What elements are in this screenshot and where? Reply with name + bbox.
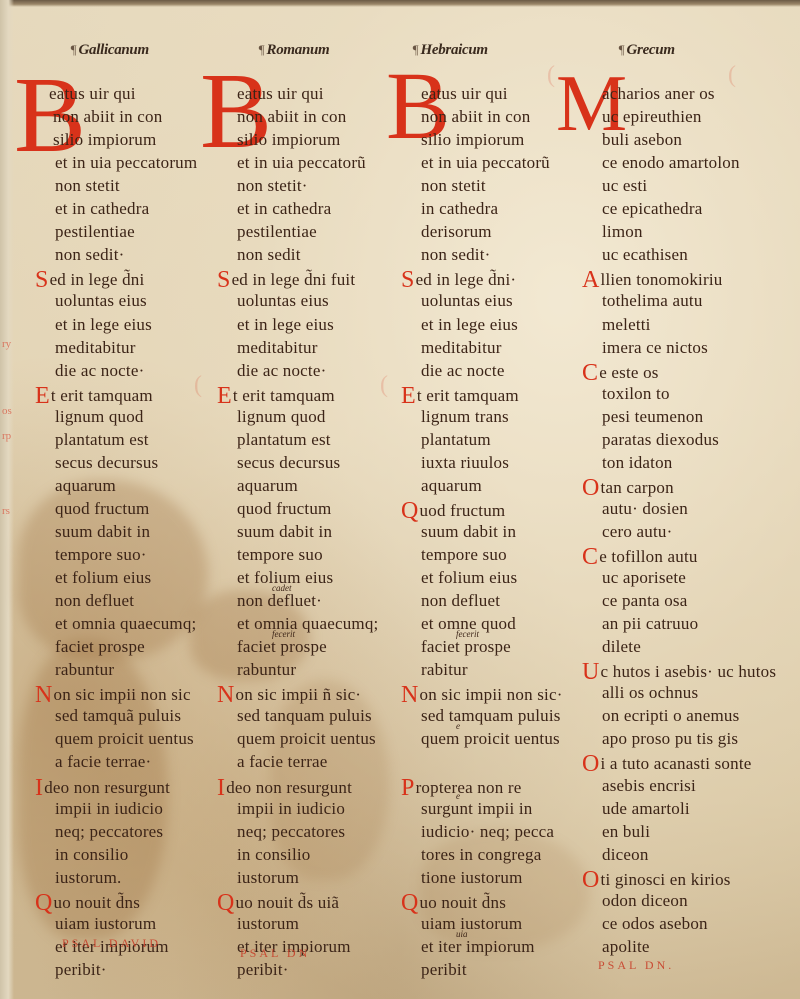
line-text: lignum quod xyxy=(55,407,144,426)
line-text: suum dabit in xyxy=(421,522,516,541)
text-line: a facie terrae· xyxy=(55,752,151,772)
bleed-through-initial: ( xyxy=(547,62,555,89)
line-text: uiam iustorum xyxy=(421,914,522,933)
line-text: non stetit· xyxy=(237,176,308,195)
text-line: quem proicit uentus xyxy=(421,729,560,749)
line-text: faciet prospe xyxy=(421,637,511,656)
line-text: et in lege eius xyxy=(55,315,152,334)
text-line: in consilio xyxy=(55,845,129,865)
text-line: et in cathedra xyxy=(237,199,331,219)
line-text: iustorum xyxy=(237,868,299,887)
text-line: imera ce nictos xyxy=(602,338,708,358)
line-text: pestilentiae xyxy=(237,222,317,241)
line-text: ton idaton xyxy=(602,453,672,472)
text-line: secus decursus xyxy=(55,453,158,473)
text-line: faciet prospe xyxy=(237,637,327,657)
line-text: suum dabit in xyxy=(237,522,332,541)
line-text: non defluet xyxy=(55,591,134,610)
line-text: secus decursus xyxy=(55,453,158,472)
text-line: apolite xyxy=(602,937,650,957)
line-text: pestilentiae xyxy=(55,222,135,241)
line-text: et in uia peccatorum xyxy=(55,153,197,172)
text-line: non defluet xyxy=(55,591,134,611)
text-line: uoluntas eius xyxy=(421,291,513,311)
line-text: on sic impii non sic· xyxy=(420,685,563,704)
line-text: tempore suo xyxy=(421,545,507,564)
line-text: pesi teumenon xyxy=(602,407,703,426)
line-text: et in lege eius xyxy=(237,315,334,334)
rubric-psalm-title: PSAL DN xyxy=(240,946,310,961)
line-text: uod fructum xyxy=(420,501,506,520)
text-line: silio impiorum xyxy=(53,130,156,150)
text-line: toxilon to xyxy=(602,384,670,404)
text-line: non sedit xyxy=(237,245,301,265)
rubricated-initial: C xyxy=(582,544,598,570)
text-line: silio impiorum xyxy=(237,130,340,150)
column-title: ¶Grecum xyxy=(618,42,675,59)
text-line: in cathedra xyxy=(421,199,498,219)
line-text: ude amartoli xyxy=(602,799,690,818)
line-text: on sic impii non sic xyxy=(54,685,191,704)
line-text: sed tamquã puluis xyxy=(55,706,181,725)
text-line: impii in iudicio xyxy=(55,799,163,819)
text-line: die ac nocte· xyxy=(237,361,326,381)
bleed-through-initial: ( xyxy=(194,372,202,399)
line-text: impii in iudicio xyxy=(55,799,163,818)
text-line: meditabitur xyxy=(55,338,136,358)
text-line: diceon xyxy=(602,845,649,865)
line-text: tothelima autu xyxy=(602,291,703,310)
line-text: et omnia quaecumq; xyxy=(237,614,378,633)
text-line: iuxta riuulos xyxy=(421,453,509,473)
line-text: et iter impiorum xyxy=(421,937,535,956)
line-text: iuxta riuulos xyxy=(421,453,509,472)
text-line: uoluntas eius xyxy=(55,291,147,311)
line-text: non defluet· xyxy=(237,591,322,610)
text-line: uc aporisete xyxy=(602,568,686,588)
line-text: apo proso pu tis gis xyxy=(602,729,738,748)
line-text: uo nouit d̃s uiã xyxy=(236,893,340,912)
line-text: meditabitur xyxy=(421,338,502,357)
text-line: faciet prospe xyxy=(421,637,511,657)
text-line: derisorum xyxy=(421,222,492,242)
text-line: peribit· xyxy=(237,960,289,980)
line-text: a facie terrae xyxy=(237,752,328,771)
text-line: et in uia peccatorũ xyxy=(421,153,550,173)
rubricated-initial: N xyxy=(35,682,53,708)
line-text: imera ce nictos xyxy=(602,338,708,357)
text-line: plantatum xyxy=(421,430,491,450)
text-line: quod fructum xyxy=(55,499,149,519)
line-text: iustorum. xyxy=(55,868,122,887)
line-text: et omnia quaecumq; xyxy=(55,614,196,633)
line-text: neq; peccatores xyxy=(55,822,163,841)
line-text: silio impiorum xyxy=(421,130,524,149)
text-line: secus decursus xyxy=(237,453,340,473)
line-text: uc epireuthien xyxy=(602,107,702,126)
line-text: die ac nocte· xyxy=(55,361,144,380)
text-line: meditabitur xyxy=(421,338,502,358)
text-line: die ac nocte· xyxy=(55,361,144,381)
rubricated-initial: E xyxy=(401,383,416,409)
text-line: a facie terrae xyxy=(237,752,328,772)
text-line: et iter impiorum xyxy=(421,937,535,957)
text-line: cero autu· xyxy=(602,522,672,542)
line-text: in consilio xyxy=(55,845,129,864)
text-line: et omnia quaecumq; xyxy=(55,614,196,634)
rubricated-initial: A xyxy=(582,267,600,293)
text-line: lignum quod xyxy=(237,407,326,427)
interlinear-gloss: cadet xyxy=(272,583,292,593)
text-line: Non sic impii non sic xyxy=(35,683,191,705)
line-text: deo non resurgunt xyxy=(226,778,352,797)
text-line: uc epireuthien xyxy=(602,107,702,127)
interlinear-gloss: e xyxy=(456,791,460,801)
rubricated-initial: Q xyxy=(35,890,53,916)
line-text: deo non resurgunt xyxy=(44,778,170,797)
text-line: Ideo non resurgunt xyxy=(35,776,170,798)
line-text: derisorum xyxy=(421,222,492,241)
interlinear-gloss: e xyxy=(456,721,460,731)
text-line: tempore suo xyxy=(237,545,323,565)
text-line: sed tanquam puluis xyxy=(237,706,372,726)
interlinear-gloss: fecerit xyxy=(456,629,479,639)
line-text: meditabitur xyxy=(237,338,318,357)
line-text: uoluntas eius xyxy=(55,291,147,310)
line-text: uo nouit d̃ns xyxy=(54,893,140,912)
text-line: Ideo non resurgunt xyxy=(217,776,352,798)
line-text: peribit· xyxy=(55,960,107,979)
line-text: plantatum est xyxy=(55,430,149,449)
rubricated-initial: C xyxy=(582,360,598,386)
text-line: rabuntur xyxy=(55,660,114,680)
text-line: et in uia peccatorum xyxy=(55,153,197,173)
page-left-edge xyxy=(0,0,14,999)
text-line: lignum trans xyxy=(421,407,509,427)
text-line: lignum quod xyxy=(55,407,144,427)
text-line: et folium eius xyxy=(421,568,517,588)
line-text: plantatum est xyxy=(237,430,331,449)
line-text: ropterea non re xyxy=(416,778,522,797)
line-text: e tofillon autu xyxy=(599,547,697,566)
text-line: et in lege eius xyxy=(55,315,152,335)
line-text: ce enodo amartolon xyxy=(602,153,740,172)
line-text: surgunt impii in xyxy=(421,799,533,818)
text-line: uc esti xyxy=(602,176,647,196)
rubricated-initial: O xyxy=(582,751,600,777)
line-text: iudicio· neq; pecca xyxy=(421,822,554,841)
text-line: non stetit xyxy=(55,176,120,196)
rubricated-initial: S xyxy=(217,267,231,293)
text-line: iudicio· neq; pecca xyxy=(421,822,554,842)
text-line: non abiit in con xyxy=(421,107,530,127)
rubricated-initial: Q xyxy=(217,890,235,916)
line-text: uc esti xyxy=(602,176,647,195)
line-text: odon diceon xyxy=(602,891,688,910)
line-text: neq; peccatores xyxy=(237,822,345,841)
line-text: c hutos i asebis· uc hutos xyxy=(601,662,777,681)
text-line: Ce tofillon autu xyxy=(582,545,698,567)
text-line: Et erit tamquam xyxy=(401,384,519,406)
text-line: sed tamquam puluis xyxy=(421,706,561,726)
line-text: ti ginosci en kirios xyxy=(601,870,731,889)
text-line: neq; peccatores xyxy=(237,822,345,842)
line-text: t erit tamquam xyxy=(51,386,153,405)
text-line: pestilentiae xyxy=(55,222,135,242)
text-line: eatus uir qui xyxy=(49,84,136,104)
line-text: et in cathedra xyxy=(237,199,331,218)
line-text: sed tanquam puluis xyxy=(237,706,372,725)
text-line: Uc hutos i asebis· uc hutos xyxy=(582,660,776,682)
line-text: a facie terrae· xyxy=(55,752,151,771)
line-text: uoluntas eius xyxy=(237,291,329,310)
line-text: ce panta osa xyxy=(602,591,687,610)
line-text: rabuntur xyxy=(237,660,296,679)
line-text: silio impiorum xyxy=(237,130,340,149)
line-text: autu· dosien xyxy=(602,499,688,518)
line-text: lignum quod xyxy=(237,407,326,426)
text-line: et omnia quaecumq; xyxy=(237,614,378,634)
text-line: impii in iudicio xyxy=(237,799,345,819)
line-text: non sedit· xyxy=(55,245,125,264)
line-text: en buli xyxy=(602,822,650,841)
text-line: Et erit tamquam xyxy=(217,384,335,406)
text-line: silio impiorum xyxy=(421,130,524,150)
text-line: non stetit xyxy=(421,176,486,196)
line-text: non abiit in con xyxy=(237,107,346,126)
text-line: peribit xyxy=(421,960,467,980)
line-text: quod fructum xyxy=(55,499,149,518)
text-line: en buli xyxy=(602,822,650,842)
text-line: et in cathedra xyxy=(55,199,149,219)
line-text: ce odos asebon xyxy=(602,914,708,933)
text-line: limon xyxy=(602,222,643,242)
margin-fragment: rs xyxy=(2,505,10,517)
text-line: quod fructum xyxy=(237,499,331,519)
text-line: plantatum est xyxy=(237,430,331,450)
line-text: i a tuto acanasti sonte xyxy=(601,754,752,773)
text-line: non sedit· xyxy=(55,245,125,265)
line-text: alli os ochnus xyxy=(602,683,698,702)
text-line: Ce este os xyxy=(582,361,659,383)
line-text: llien tonomokiriu xyxy=(601,270,723,289)
line-text: suum dabit in xyxy=(55,522,150,541)
line-text: rabitur xyxy=(421,660,468,679)
line-text: apolite xyxy=(602,937,650,956)
text-line: die ac nocte xyxy=(421,361,505,381)
line-text: eatus uir qui xyxy=(421,84,508,103)
line-text: et in lege eius xyxy=(421,315,518,334)
line-text: iustorum xyxy=(237,914,299,933)
line-text: uc aporisete xyxy=(602,568,686,587)
text-line: neq; peccatores xyxy=(55,822,163,842)
text-line: iustorum. xyxy=(55,868,122,888)
line-text: cero autu· xyxy=(602,522,672,541)
text-line: faciet prospe xyxy=(55,637,145,657)
line-text: peribit xyxy=(421,960,467,979)
line-text: uc ecathisen xyxy=(602,245,688,264)
text-line: eatus uir qui xyxy=(237,84,324,104)
line-text: diceon xyxy=(602,845,649,864)
text-line: Propterea non re xyxy=(401,776,521,798)
line-text: on sic impii ñ sic· xyxy=(236,685,362,704)
text-line: on ecripti o anemus xyxy=(602,706,739,726)
text-line: sed tamquã puluis xyxy=(55,706,181,726)
text-line: Quo nouit d̃ns xyxy=(35,891,140,913)
line-text: peribit· xyxy=(237,960,289,979)
text-line: et folium eius xyxy=(55,568,151,588)
line-text: t erit tamquam xyxy=(233,386,335,405)
text-line: non abiit in con xyxy=(53,107,162,127)
line-text: impii in iudicio xyxy=(237,799,345,818)
text-line: uiam iustorum xyxy=(421,914,522,934)
margin-fragment: os xyxy=(2,405,12,417)
text-line: Quod fructum xyxy=(401,499,505,521)
line-text: lignum trans xyxy=(421,407,509,426)
line-text: aquarum xyxy=(421,476,482,495)
text-line: meditabitur xyxy=(237,338,318,358)
text-line: ce panta osa xyxy=(602,591,687,611)
text-line: dilete xyxy=(602,637,641,657)
rubricated-initial: P xyxy=(401,775,415,801)
text-line: uiam iustorum xyxy=(55,914,156,934)
line-text: on ecripti o anemus xyxy=(602,706,739,725)
line-text: non sedit· xyxy=(421,245,491,264)
interlinear-gloss: uia xyxy=(456,929,468,939)
text-line: plantatum est xyxy=(55,430,149,450)
line-text: non abiit in con xyxy=(53,107,162,126)
line-text: quem proicit uentus xyxy=(237,729,376,748)
text-line: uc ecathisen xyxy=(602,245,688,265)
rubricated-initial: O xyxy=(582,475,600,501)
line-text: eatus uir qui xyxy=(237,84,324,103)
text-line: quem proicit uentus xyxy=(55,729,194,749)
line-text: non abiit in con xyxy=(421,107,530,126)
text-line: tothelima autu xyxy=(602,291,703,311)
line-text: die ac nocte xyxy=(421,361,505,380)
text-line: ce epicathedra xyxy=(602,199,702,219)
line-text: limon xyxy=(602,222,643,241)
text-line: alli os ochnus xyxy=(602,683,698,703)
text-line: tempore suo· xyxy=(55,545,147,565)
text-line: autu· dosien xyxy=(602,499,688,519)
line-text: et folium eius xyxy=(55,568,151,587)
text-line: surgunt impii in xyxy=(421,799,533,819)
line-text: t erit tamquam xyxy=(417,386,519,405)
line-text: faciet prospe xyxy=(55,637,145,656)
line-text: quod fructum xyxy=(237,499,331,518)
line-text: tores in congrega xyxy=(421,845,541,864)
text-line: aquarum xyxy=(55,476,116,496)
rubric-psalm-title: PSAL DN. xyxy=(598,958,674,973)
text-line: iustorum xyxy=(237,868,299,888)
line-text: plantatum xyxy=(421,430,491,449)
line-text: tempore suo xyxy=(237,545,323,564)
margin-fragment: ry xyxy=(2,338,11,350)
line-text: meletti xyxy=(602,315,651,334)
text-line: Sed in lege d̃ni· xyxy=(401,268,516,290)
line-text: non sedit xyxy=(237,245,301,264)
text-line: et in uia peccatorũ xyxy=(237,153,366,173)
line-text: aquarum xyxy=(237,476,298,495)
text-line: Otan carpon xyxy=(582,476,674,498)
line-text: ed in lege d̃ni xyxy=(50,270,145,289)
rubricated-initial: S xyxy=(401,267,415,293)
text-line: apo proso pu tis gis xyxy=(602,729,738,749)
text-line: rabitur xyxy=(421,660,468,680)
line-text: tan carpon xyxy=(601,478,674,497)
bleed-through-initial: ( xyxy=(380,372,388,399)
line-text: asebis encrisi xyxy=(602,776,696,795)
text-line: in consilio xyxy=(237,845,311,865)
rubricated-initial: Q xyxy=(401,498,419,524)
text-line: ce enodo amartolon xyxy=(602,153,740,173)
line-text: e este os xyxy=(599,363,658,382)
text-line: Non sic impii non sic· xyxy=(401,683,563,705)
text-line: Et erit tamquam xyxy=(35,384,153,406)
line-text: non defluet xyxy=(421,591,500,610)
rubricated-initial: U xyxy=(582,659,600,685)
line-text: in consilio xyxy=(237,845,311,864)
text-line: Sed in lege d̃ni xyxy=(35,268,144,290)
text-line: Quo nouit d̃s uiã xyxy=(217,891,339,913)
text-line: tores in congrega xyxy=(421,845,541,865)
text-line: suum dabit in xyxy=(237,522,332,542)
text-line: odon diceon xyxy=(602,891,688,911)
text-line: suum dabit in xyxy=(55,522,150,542)
line-text: rabuntur xyxy=(55,660,114,679)
paragraph-mark-icon: ¶ xyxy=(70,42,77,57)
text-line: non stetit· xyxy=(237,176,308,196)
text-line: non defluet xyxy=(421,591,500,611)
text-line: Quo nouit d̃ns xyxy=(401,891,506,913)
line-text: uiam iustorum xyxy=(55,914,156,933)
text-line: quem proicit uentus xyxy=(237,729,376,749)
line-text: quem proicit uentus xyxy=(421,729,560,748)
line-text: non stetit xyxy=(55,176,120,195)
text-line: et in lege eius xyxy=(421,315,518,335)
line-text: aquarum xyxy=(55,476,116,495)
text-line: Sed in lege d̃ni fuit xyxy=(217,268,355,290)
rubric-psalm-title: PSAL DAVID xyxy=(62,936,161,951)
line-text: silio impiorum xyxy=(53,130,156,149)
text-line: iustorum xyxy=(237,914,299,934)
text-line: non sedit· xyxy=(421,245,491,265)
text-line: non defluet· xyxy=(237,591,322,611)
line-text: non stetit xyxy=(421,176,486,195)
text-line: paratas diexodus xyxy=(602,430,719,450)
line-text: buli asebon xyxy=(602,130,682,149)
line-text: et in uia peccatorũ xyxy=(421,153,550,172)
text-line: pesi teumenon xyxy=(602,407,703,427)
line-text: tione iustorum xyxy=(421,868,523,887)
text-line: tempore suo xyxy=(421,545,507,565)
line-text: secus decursus xyxy=(237,453,340,472)
text-line: suum dabit in xyxy=(421,522,516,542)
rubricated-initial: E xyxy=(217,383,232,409)
line-text: et in uia peccatorũ xyxy=(237,153,366,172)
rubricated-initial: N xyxy=(401,682,419,708)
line-text: eatus uir qui xyxy=(49,84,136,103)
text-line: Allien tonomokiriu xyxy=(582,268,722,290)
text-line: ce odos asebon xyxy=(602,914,708,934)
text-line: acharios aner os xyxy=(602,84,715,104)
bleed-through-initial: ( xyxy=(728,62,736,89)
rubricated-initial: S xyxy=(35,267,49,293)
rubricated-initial: E xyxy=(35,383,50,409)
line-text: meditabitur xyxy=(55,338,136,357)
text-line: non abiit in con xyxy=(237,107,346,127)
